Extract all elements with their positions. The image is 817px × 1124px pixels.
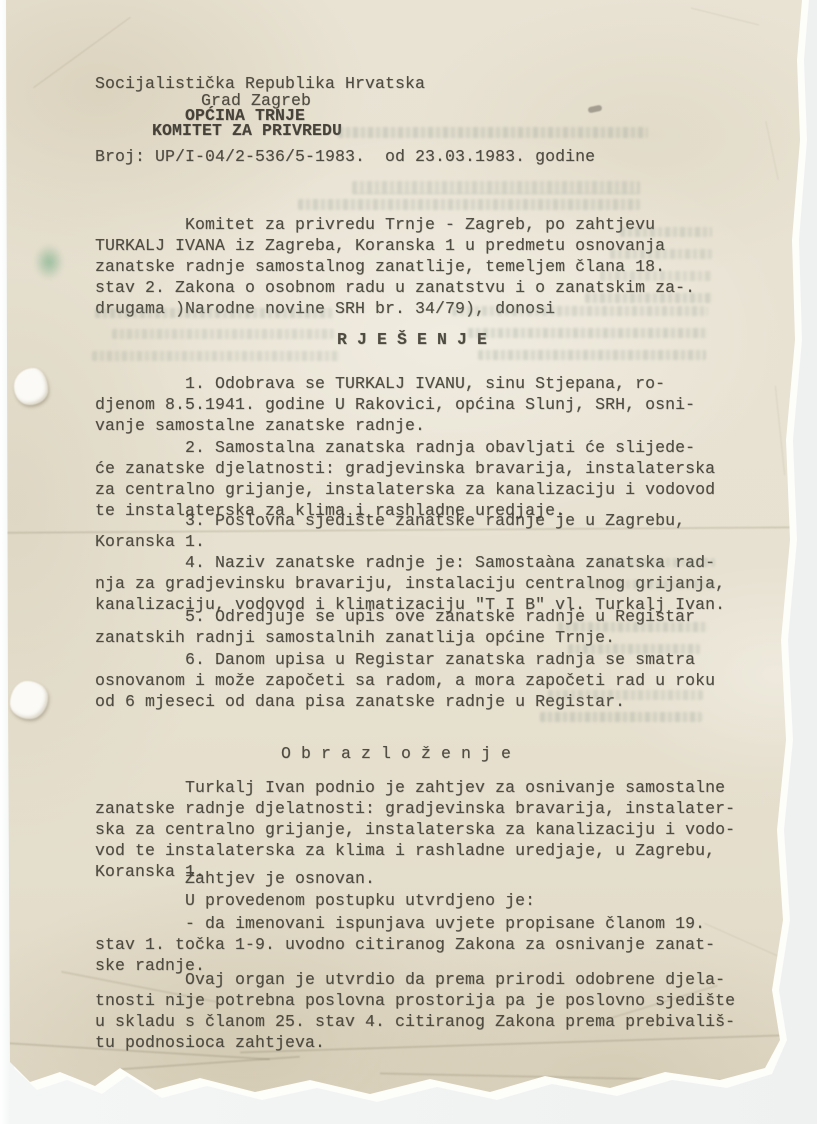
bleed-through-text: [600, 271, 712, 281]
scanned-document-page: Socijalistička Republika Hrvatska Grad Z…: [0, 0, 817, 1124]
bleed-through-text: [620, 227, 712, 237]
paper-damage-spot: [10, 681, 48, 719]
paper-damage-spot: [14, 368, 48, 405]
paper-crease: [691, 8, 759, 26]
scanned-document-scan: Socijalistička Republika Hrvatska Grad Z…: [0, 0, 817, 1124]
bleed-through-text: [598, 558, 716, 567]
paper-crease: [765, 121, 778, 180]
green-stain: [34, 244, 64, 280]
bleed-through-text: [588, 580, 716, 589]
decision-item-6: 6. Danom upisa u Registar zanatska radnj…: [95, 649, 715, 712]
bleed-through-text: [568, 644, 700, 654]
bleed-through-text: [468, 328, 708, 338]
header-case-reference: Broj: UP/I-04/2-536/5-1983. od 23.03.198…: [95, 146, 595, 167]
decision-item-1: 1. Odobrava se TURKALJ IVANU, sinu Stjep…: [95, 373, 695, 436]
explanation-paragraph-4: - da imenovani ispunjava uvjete propisan…: [95, 913, 715, 976]
bleed-through-text: [352, 181, 640, 194]
bleed-through-text: [610, 249, 712, 259]
explanation-paragraph-1: Turkalj Ivan podnio je zahtjev za osniva…: [95, 777, 735, 882]
bleed-through-text: [478, 350, 706, 360]
decision-title: R J E Š E N J E: [337, 329, 487, 350]
bleed-through-text: [112, 329, 334, 339]
header-republic: Socijalistička Republika Hrvatska: [95, 76, 425, 92]
explanation-paragraph-2: Zahtjev je osnovan.: [95, 868, 375, 889]
bleed-through-text: [548, 690, 703, 700]
explanation-title: O b r a z l o ž e n j e: [281, 743, 511, 764]
explanation-paragraph-3: U provedenom postupku utvrdjeno je:: [95, 890, 535, 911]
paper-crease: [775, 386, 785, 476]
bleed-through-text: [92, 351, 340, 361]
paper-crease: [120, 1056, 300, 1071]
decision-item-2: 2. Samostalna zanatska radnja obavljati …: [95, 437, 715, 521]
bleed-through-text: [585, 293, 713, 303]
header-committee: KOMITET ZA PRIVREDU: [152, 123, 342, 139]
bleed-through-text: [95, 308, 333, 318]
bleed-through-text: [338, 127, 648, 138]
bleed-through-text: [452, 306, 708, 316]
bleed-through-text: [558, 622, 708, 632]
bleed-through-text: [298, 199, 640, 210]
preamble-paragraph: Komitet za privredu Trnje - Zagreb, po z…: [95, 214, 695, 319]
bleed-through-text: [540, 712, 702, 722]
ink-speck: [588, 105, 603, 114]
